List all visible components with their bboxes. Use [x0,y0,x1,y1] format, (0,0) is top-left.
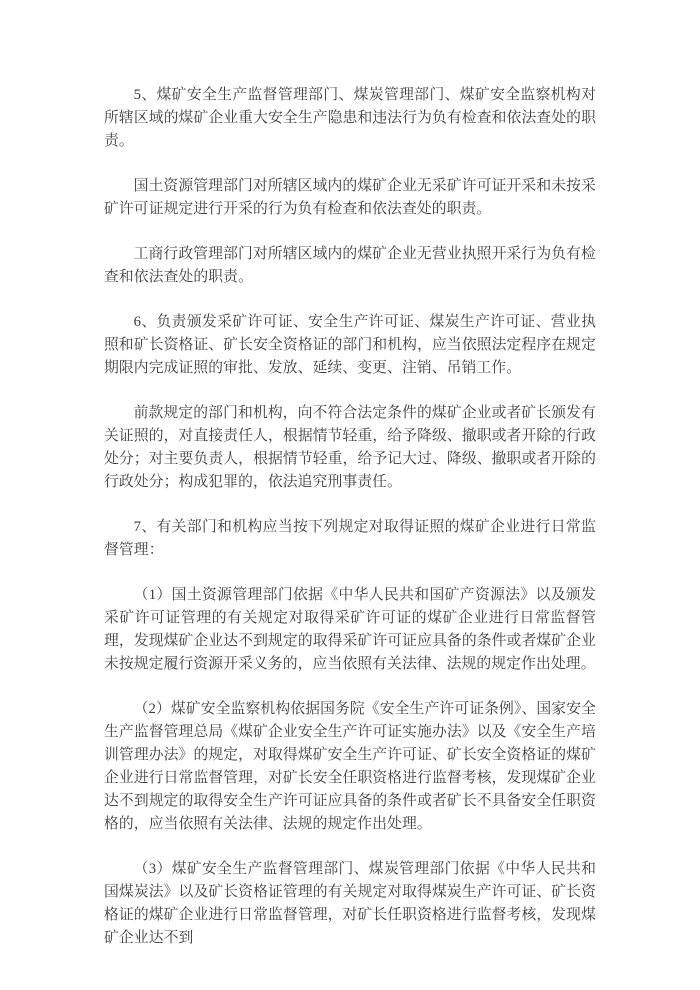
paragraph-penalty-provision: 前款规定的部门和机构，向不符合法定条件的煤矿企业或者矿长颁发有关证照的，对直接责… [104,402,596,494]
document-page: 5、煤矿安全生产监督管理部门、煤炭管理部门、煤矿安全监察机构对所辖区域的煤矿企业… [0,0,700,990]
paragraph-item-6: 6、负责颁发采矿许可证、安全生产许可证、煤炭生产许可证、营业执照和矿长资格证、矿… [104,311,596,380]
paragraph-subitem-3: （3）煤矿安全生产监督管理部门、煤炭管理部门依据《中华人民共和国煤炭法》以及矿长… [104,858,596,950]
paragraph-industry-commerce-duty: 工商行政管理部门对所辖区域内的煤矿企业无营业执照开采行为负有检查和依法查处的职责… [104,243,596,289]
paragraph-subitem-2: （2）煤矿安全监察机构依据国务院《安全生产许可证条例》、国家安全生产监督管理总局… [104,698,596,836]
paragraph-land-resources-duty: 国土资源管理部门对所辖区域内的煤矿企业无采矿许可证开采和未按采矿许可证规定进行开… [104,175,596,221]
paragraph-item-7: 7、有关部门和机构应当按下列规定对取得证照的煤矿企业进行日常监督管理： [104,516,596,562]
document-content: 5、煤矿安全生产监督管理部门、煤炭管理部门、煤矿安全监察机构对所辖区域的煤矿企业… [104,84,596,950]
paragraph-item-5: 5、煤矿安全生产监督管理部门、煤炭管理部门、煤矿安全监察机构对所辖区域的煤矿企业… [104,84,596,153]
paragraph-subitem-1: （1）国土资源管理部门依据《中华人民共和国矿产资源法》以及颁发采矿许可证管理的有… [104,584,596,676]
